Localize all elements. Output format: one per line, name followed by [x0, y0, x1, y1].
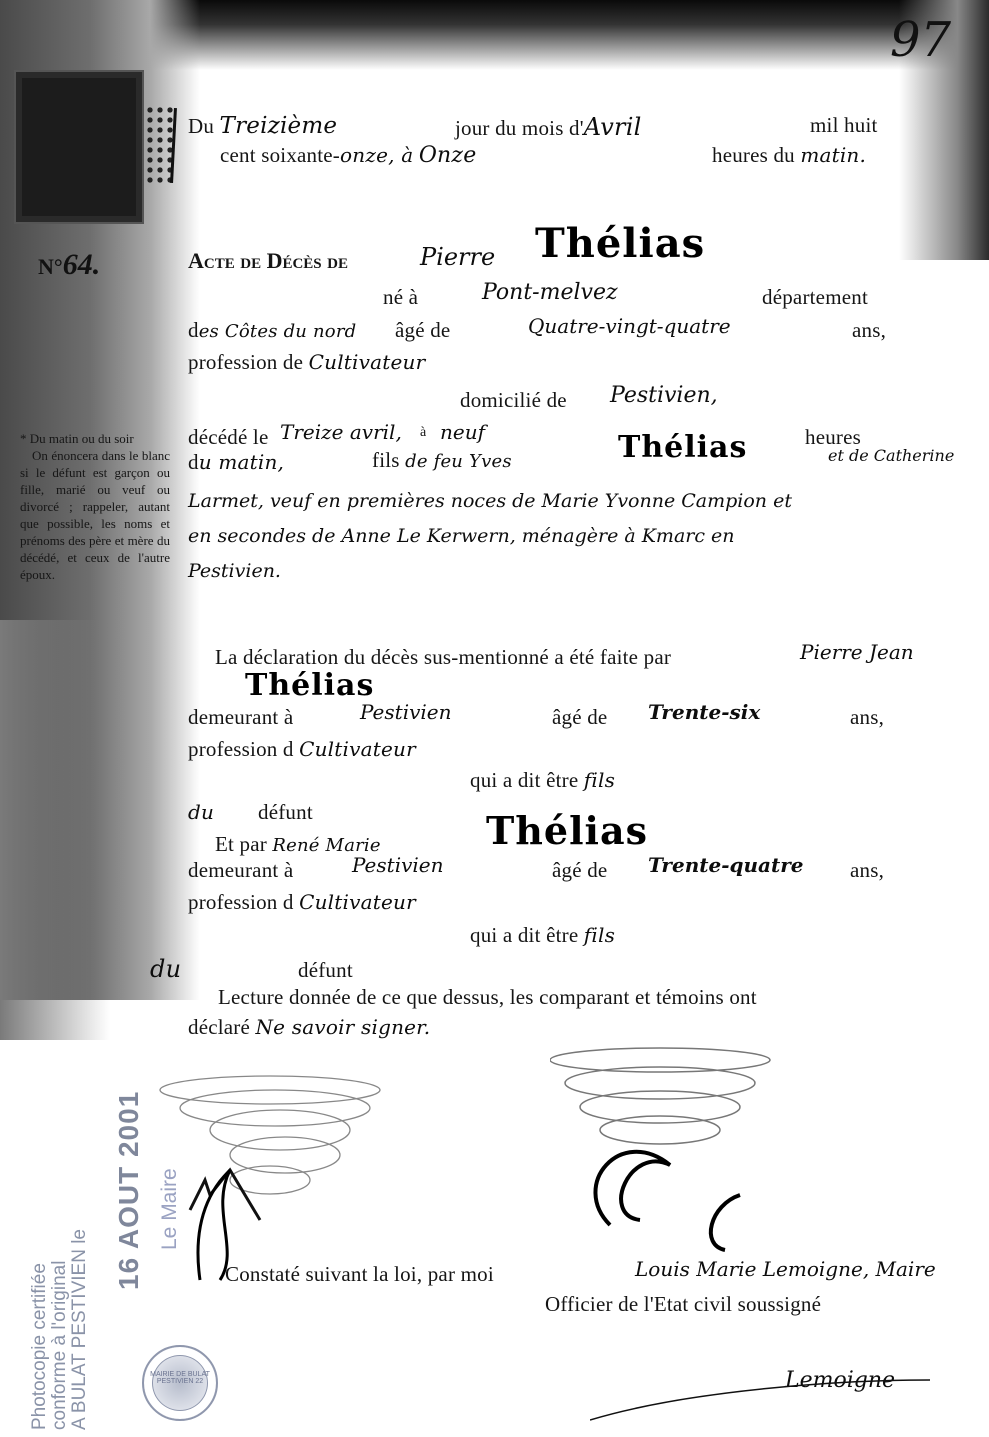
month-label: jour du mois d' [455, 116, 584, 140]
margin-instructions: * Du matin ou du soir On énoncera dans l… [20, 430, 170, 583]
age-value: Quatre-vingt-quatre [528, 314, 731, 338]
declarant1-of-label: du [188, 800, 214, 824]
declaration-intro: La déclaration du décès sus-mentionné a … [215, 645, 671, 670]
margin-footnote: * Du matin ou du soir [20, 430, 170, 447]
declarant1-relation: fils [584, 768, 615, 792]
filiation-line: fils de feu Yves [372, 448, 512, 473]
residence-commune: Pestivien. [188, 560, 281, 582]
declarant1-of-line: du [188, 800, 214, 825]
death-period-line: du matin, [188, 450, 284, 475]
declarant1-surname: Thélias [245, 668, 374, 703]
declarant2-profession: Cultivateur [299, 890, 416, 914]
death-period-prefix: d [188, 450, 199, 474]
year-handwritten: onze, à [340, 143, 413, 167]
department-label: département [762, 285, 868, 310]
mairie-seal-icon: MAIRIE DE BULAT PESTIVIEN 22 [142, 1345, 218, 1421]
header-line-2: cent soixante-onze, à Onze [220, 143, 476, 168]
photocopy-shadow-left-lower [0, 620, 110, 1040]
declarant1-profession-line: profession d Cultivateur [188, 737, 416, 762]
profession-line: profession de Cultivateur [188, 350, 425, 375]
seal-text: MAIRIE DE BULAT PESTIVIEN 22 [144, 1371, 216, 1385]
header-line-1: Du Treizième [188, 113, 337, 139]
reading-statement: Lecture donnée de ce que dessus, les com… [218, 985, 757, 1010]
filiation-label: fils [372, 448, 400, 472]
record-number: N°64. [38, 248, 100, 282]
profession-value: Cultivateur [309, 350, 426, 374]
declarant1-residence: Pestivien [360, 700, 452, 724]
declarant2-residence-label: demeurant à [188, 858, 293, 883]
profession-label: profession d [188, 350, 294, 374]
day-handwritten: Treizième [220, 113, 338, 139]
month-handwritten: Avril [584, 113, 642, 141]
declarant1-profession-label: profession d [188, 737, 294, 761]
declarant1-first-name: Pierre Jean [800, 640, 914, 664]
declared-value: Ne savoir signer. [255, 1015, 430, 1039]
officer-name: Louis Marie Lemoigne, Maire [635, 1257, 936, 1281]
spouse-line-1: Larmet, veuf en premières noces de Marie… [188, 490, 792, 512]
witness-signature-flourish [150, 1060, 400, 1230]
declarant2-age-unit: ans, [850, 858, 884, 883]
domicile-value: Pestivien, [610, 383, 718, 408]
deceased-first-name: Pierre [420, 243, 495, 271]
certification-text: Constaté suivant la loi, par moi [225, 1262, 494, 1287]
declarant1-age: Trente-six [648, 700, 760, 724]
death-date-label: décédé le [188, 425, 269, 450]
header-month: jour du mois d'Avril [455, 113, 641, 141]
declarant1-relation-label: qui a dit être [470, 768, 578, 792]
declarant2-age: Trente-quatre [648, 853, 803, 877]
period-handwritten: matin. [800, 143, 866, 167]
death-hour-label: à [420, 425, 426, 441]
stamp-line-2: conforme à l'original [50, 1229, 70, 1430]
document-title: Acte de Décès de [188, 248, 348, 274]
age-unit: ans, [852, 318, 886, 343]
declarant2-relation-line: qui a dit être fils [470, 923, 615, 948]
declarant1-age-label: âgé de [552, 705, 607, 730]
declarant1-profession: Cultivateur [299, 737, 416, 761]
stamp-line-1: Photocopie certifiée [30, 1229, 50, 1430]
department-prefix: d [188, 318, 199, 342]
profession-label-suffix: e [294, 350, 304, 374]
birth-place: Pont-melvez [482, 280, 618, 305]
record-number-label: N° [38, 254, 63, 279]
declarant2-profession-line: profession d Cultivateur [188, 890, 416, 915]
mayor-flourish [550, 1045, 800, 1255]
age-label: âgé de [395, 318, 450, 343]
tax-stamp-image [14, 70, 144, 224]
deceased-surname: Thélias [535, 220, 705, 267]
mayor-signature: Lemoigne [785, 1368, 895, 1393]
officer-title: Officier de l'Etat civil soussigné [545, 1292, 821, 1317]
declared-line: déclaré Ne savoir signer. [188, 1015, 430, 1040]
declarant2-residence: Pestivien [352, 853, 444, 877]
declarant2-of-suffix: défunt [298, 958, 353, 983]
spouse-line-2: en secondes de Anne Le Kerwern, ménagère… [188, 525, 735, 547]
death-period-value: u matin, [199, 450, 284, 474]
declarant2-profession-label: profession d [188, 890, 294, 914]
domicile-label: domicilié de [460, 388, 567, 413]
department-value: es Côtes du nord [199, 321, 357, 342]
declarant2-surname: Thélias [486, 808, 648, 853]
stamp-line-3: A BULAT PESTIVIEN le [70, 1229, 90, 1430]
department-line: des Côtes du nord [188, 318, 356, 343]
margin-instructions-text: On énoncera dans le blanc si le défunt e… [20, 447, 170, 583]
page-number: 97 [890, 12, 951, 68]
header-prefix: Du [188, 114, 214, 138]
header-period: heures du matin. [712, 143, 866, 168]
declarant1-of-suffix: défunt [258, 800, 313, 825]
declared-label: déclaré [188, 1015, 250, 1039]
hour-handwritten: Onze [419, 143, 477, 168]
declarant2-of-line: du [150, 955, 181, 983]
declarant1-relation-line: qui a dit être fils [470, 768, 615, 793]
period-label: heures du [712, 143, 795, 167]
year-prefix: mil huit [810, 113, 878, 138]
mother-first-name: et de Catherine [828, 446, 954, 465]
stamp-date: 16 AOUT 2001 [113, 1091, 145, 1290]
declarant2-age-label: âgé de [552, 858, 607, 883]
father-first-name: de feu Yves [405, 451, 512, 472]
declarant2-relation-label: qui a dit être [470, 923, 578, 947]
death-hour-value: neuf [440, 420, 485, 444]
father-surname: Thélias [618, 430, 747, 465]
birth-label: né à [383, 285, 418, 310]
record-number-value: 64. [63, 248, 101, 281]
declarant1-residence-label: demeurant à [188, 705, 293, 730]
declarant2-relation: fils [584, 923, 615, 947]
declarant1-age-unit: ans, [850, 705, 884, 730]
death-date-value: Treize avril, [280, 420, 402, 444]
declarant2-of-label: du [150, 955, 181, 983]
certified-copy-stamp: Photocopie certifiée conforme à l'origin… [30, 1229, 90, 1430]
year-printed: cent soixante- [220, 143, 340, 167]
declarant2-intro: Et par [215, 832, 267, 856]
stamp-signatory: Le Maire [158, 1168, 182, 1250]
